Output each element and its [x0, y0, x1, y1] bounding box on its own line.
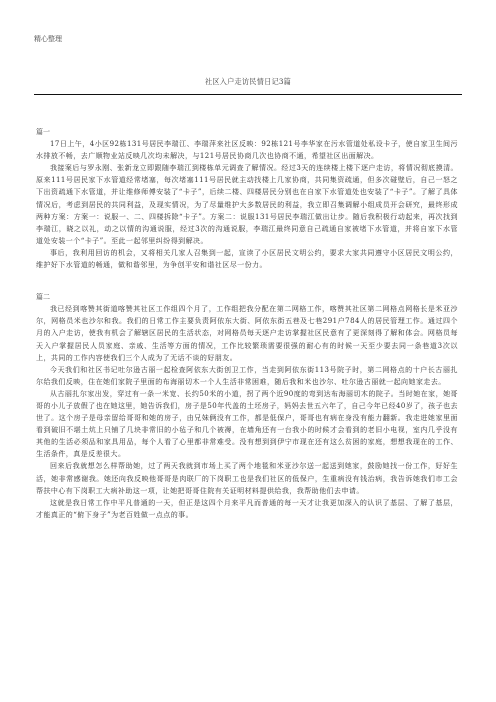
paragraph: 回来后我就想怎么样帮助她，过了两天我就到市场上买了两个地毯和米亚沙尔送一起送到她…	[36, 460, 458, 496]
paragraph: 从古丽扎尔家出发，穿过有一条一米宽、长约50米的小道，拐了两个近90度的弯到达布…	[36, 388, 458, 461]
section-heading: 篇二	[36, 291, 458, 303]
paragraph: 17日上午，4小区92栋131号居民李瑞江、李瑞萍来社区反映：92栋121号李华…	[36, 138, 458, 162]
document-title: 社区入户走访民情日记3篇	[0, 77, 496, 87]
section-heading: 篇一	[36, 126, 458, 138]
paragraph: 我接案后与罗永刚、张新龙立即跟随李瑞江到楼栋单元调查了解情况。经过3天的连续楼上…	[36, 162, 458, 247]
paragraph: 这就是我日常工作中平凡普通的一天，但正是这四个月来平凡而普通的每一天才让我更加深…	[36, 497, 458, 521]
paragraph: 我已经到喀赞其街道喀赞其社区工作组四个月了，工作组把我分配在第二网格工作，喀赞其…	[36, 303, 458, 363]
title-divider	[34, 94, 462, 95]
section-1: 篇一 17日上午，4小区92栋131号居民李瑞江、李瑞萍来社区反映：92栋121…	[36, 126, 458, 271]
section-spacer	[36, 271, 458, 291]
page-header-label: 精心整理	[34, 34, 62, 44]
paragraph: 事后，我利用回访的机会，又将相关几家人召集到一起，宣读了小区居民文明公约，要求大…	[36, 247, 458, 271]
document-body: 篇一 17日上午，4小区92栋131号居民李瑞江、李瑞萍来社区反映：92栋121…	[36, 126, 458, 521]
section-2: 篇二 我已经到喀赞其街道喀赞其社区工作组四个月了，工作组把我分配在第二网格工作，…	[36, 291, 458, 521]
paragraph: 今天我们和社区书记吐尔逊古丽一起检查阿依东大街创卫工作，当走到阿依东街113号院…	[36, 364, 458, 388]
